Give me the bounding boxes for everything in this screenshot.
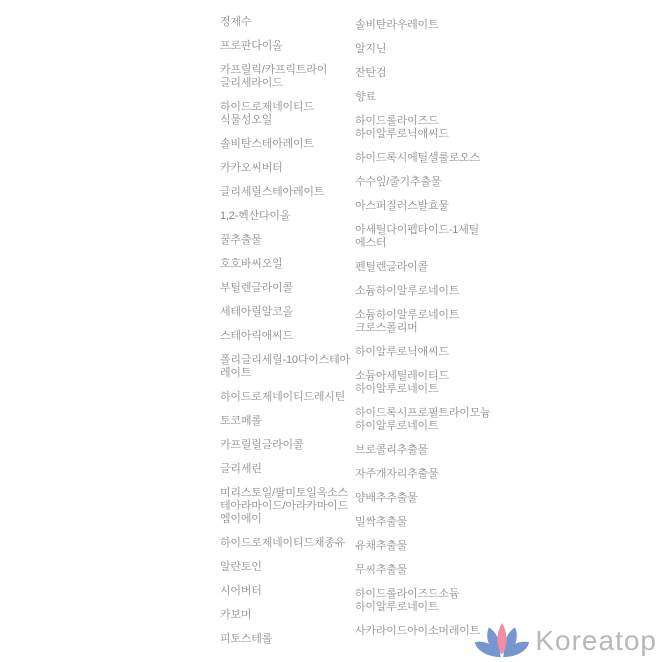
ingredient-item: 알란토인 [220, 561, 355, 574]
ingredient-item: 하이드로제네이티드채종유 [220, 537, 355, 550]
ingredient-item: 잔탄검 [355, 67, 515, 80]
ingredient-item: 솔비탄라우레이트 [355, 19, 515, 32]
ingredient-item: 호호바씨오일 [220, 258, 355, 271]
ingredient-column-left: 정제수프로판다이올카프릴릭/카프릭트라이 글리세라이드하이드로제네이티드 식물성… [220, 16, 355, 657]
ingredient-item: 정제수 [220, 16, 355, 29]
logo-text: Koreatop [535, 623, 657, 659]
lotus-icon [474, 622, 530, 659]
ingredient-column-right: 솔비탄라우레이트알지닌잔탄검향료하이드롤라이즈드 하이알루로닉애씨드하이드록시에… [355, 16, 515, 649]
ingredient-item: 하이드롤라이즈드 하이알루로닉애씨드 [355, 115, 515, 141]
ingredient-item: 소듐하이알루로네이트 크로스폴리머 [355, 309, 515, 335]
ingredient-item: 하이알루로닉애씨드 [355, 346, 515, 359]
ingredient-item: 글리세린 [220, 463, 355, 476]
ingredient-item: 하이드록시에틸셀룰로오스 [355, 152, 515, 165]
ingredient-item: 수수잎/줄기추출물 [355, 176, 515, 189]
ingredient-item: 향료 [355, 91, 515, 104]
ingredient-item: 하이드롤라이즈드소듐 하이알루로네이트 [355, 588, 515, 614]
ingredient-item: 스테아릭애씨드 [220, 330, 355, 343]
ingredient-item: 유채추출물 [355, 540, 515, 553]
ingredient-item: 하이드로제네이티드 식물성오일 [220, 101, 355, 127]
ingredient-item: 1,2-헥산다이올 [220, 210, 355, 223]
ingredient-item: 카카오씨버터 [220, 162, 355, 175]
ingredient-item: 부틸렌글라이콜 [220, 282, 355, 295]
ingredient-item: 소듐하이알루로네이트 [355, 285, 515, 298]
ingredient-item: 폴리글리세릴-10다이스테아 레이트 [220, 354, 355, 380]
ingredient-item: 양배추추출물 [355, 492, 515, 505]
ingredient-item: 시어버터 [220, 585, 355, 598]
ingredient-item: 솔비탄스테아레이트 [220, 138, 355, 151]
ingredient-item: 하이드로제네이티드레시틴 [220, 391, 355, 404]
ingredient-item: 하이드록시프로필트라이모늄 하이알루로네이트 [355, 407, 515, 433]
ingredient-item: 프로판다이올 [220, 40, 355, 53]
ingredient-item: 브로콜리추출물 [355, 444, 515, 457]
ingredient-item: 소듐아세틸레이티드 하이알루로네이트 [355, 370, 515, 396]
ingredient-item: 세테아릴알코올 [220, 306, 355, 319]
ingredient-item: 꿀추출물 [220, 234, 355, 247]
ingredient-item: 카프릴릴글라이콜 [220, 439, 355, 452]
ingredient-list: 정제수프로판다이올카프릴릭/카프릭트라이 글리세라이드하이드로제네이티드 식물성… [220, 16, 515, 657]
ingredient-item: 토코페롤 [220, 415, 355, 428]
ingredient-item: 아세틸다이펩타이드-1세틸 에스터 [355, 224, 515, 250]
ingredient-item: 글리세릴스테아레이트 [220, 186, 355, 199]
ingredient-item: 자주개자리추출물 [355, 468, 515, 481]
koreatop-logo: Koreatop [474, 622, 657, 659]
ingredient-item: 미리스토일/팔미토일옥소스 테아라마이드/아라카마이드 엠이에이 [220, 487, 355, 526]
ingredient-item: 아스퍼질러스발효물 [355, 200, 515, 213]
ingredient-item: 카보머 [220, 609, 355, 622]
ingredient-item: 카프릴릭/카프릭트라이 글리세라이드 [220, 64, 355, 90]
ingredient-item: 알지닌 [355, 43, 515, 56]
ingredient-item: 무씨추출물 [355, 564, 515, 577]
ingredient-item: 밀싹추출물 [355, 516, 515, 529]
ingredient-item: 펜틸렌글라이콜 [355, 261, 515, 274]
ingredient-item: 피토스테롤 [220, 633, 355, 646]
